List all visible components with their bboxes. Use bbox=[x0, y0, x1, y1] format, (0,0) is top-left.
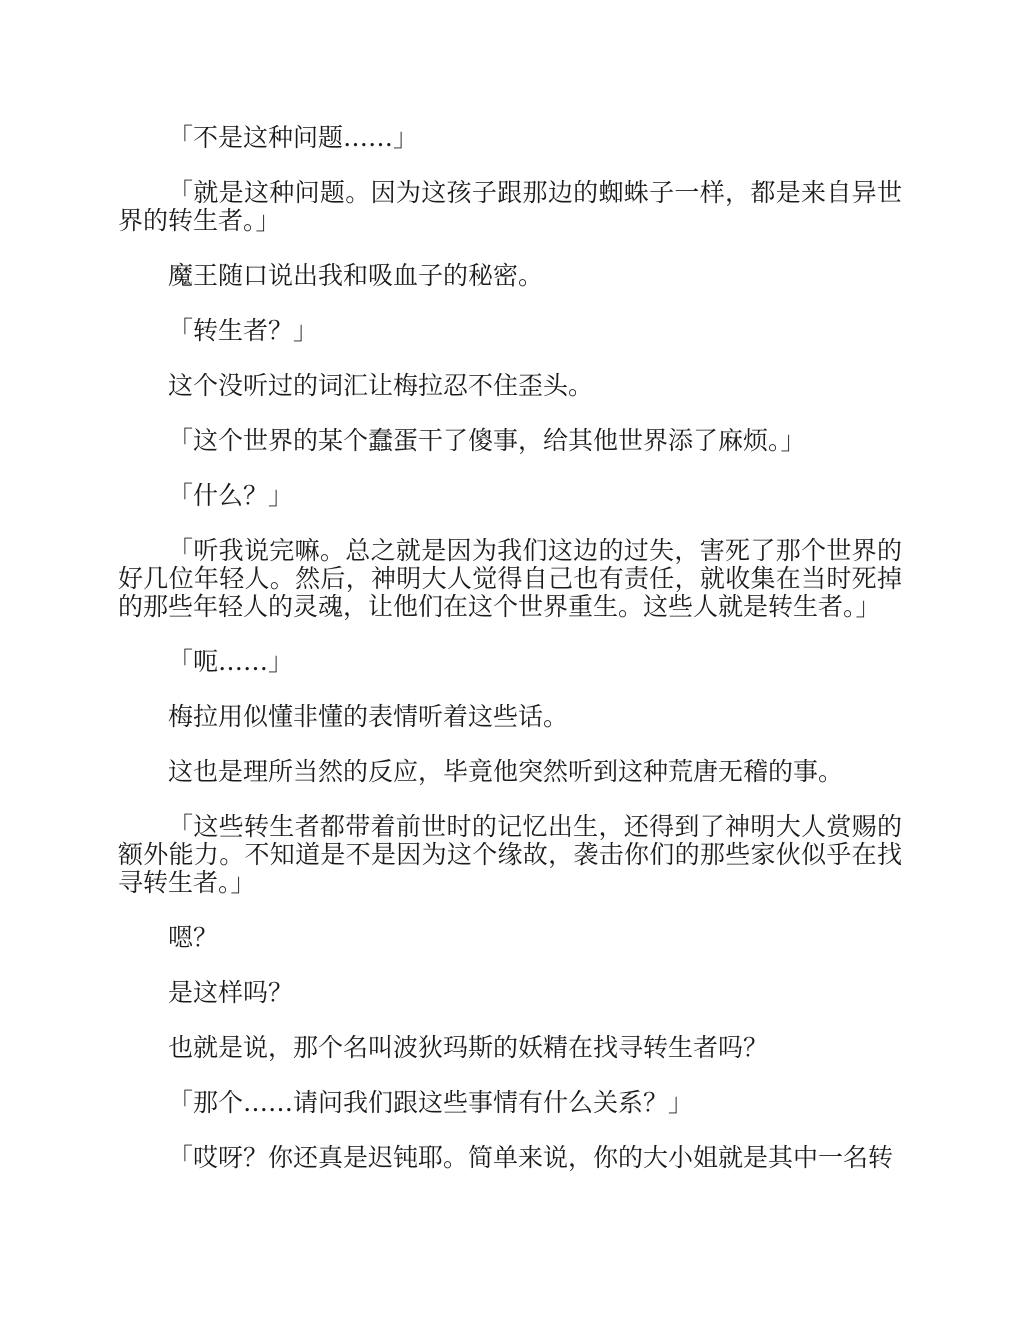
paragraph: 这个没听过的词汇让梅拉忍不住歪头。 bbox=[118, 372, 902, 400]
paragraph: 「这些转生者都带着前世时的记忆出生，还得到了神明大人赏赐的额外能力。不知道是不是… bbox=[118, 813, 902, 897]
paragraph: 「听我说完嘛。总之就是因为我们这边的过失，害死了那个世界的好几位年轻人。然后，神… bbox=[118, 537, 902, 621]
paragraph: 「什么？」 bbox=[118, 482, 902, 510]
paragraph: 「不是这种问题……」 bbox=[118, 124, 902, 152]
paragraph: 「哎呀？你还真是迟钝耶。简单来说，你的大小姐就是其中一名转 bbox=[118, 1144, 902, 1172]
novel-page: 「不是这种问题……」 「就是这种问题。因为这孩子跟那边的蜘蛛子一样，都是来自异世… bbox=[0, 0, 1020, 1320]
paragraph: 也就是说，那个名叫波狄玛斯的妖精在找寻转生者吗？ bbox=[118, 1034, 902, 1062]
paragraph: 是这样吗？ bbox=[118, 979, 902, 1007]
paragraph: 「这个世界的某个蠢蛋干了傻事，给其他世界添了麻烦。」 bbox=[118, 427, 902, 455]
text-column: 「不是这种问题……」 「就是这种问题。因为这孩子跟那边的蜘蛛子一样，都是来自异世… bbox=[118, 124, 902, 1199]
paragraph: 这也是理所当然的反应，毕竟他突然听到这种荒唐无稽的事。 bbox=[118, 758, 902, 786]
paragraph: 梅拉用似懂非懂的表情听着这些话。 bbox=[118, 703, 902, 731]
paragraph: 「那个……请问我们跟这些事情有什么关系？」 bbox=[118, 1089, 902, 1117]
paragraph: 「呃……」 bbox=[118, 648, 902, 676]
paragraph: 「就是这种问题。因为这孩子跟那边的蜘蛛子一样，都是来自异世界的转生者。」 bbox=[118, 179, 902, 235]
paragraph: 魔王随口说出我和吸血子的秘密。 bbox=[118, 262, 902, 290]
paragraph: 「转生者？」 bbox=[118, 317, 902, 345]
paragraph: 嗯？ bbox=[118, 924, 902, 952]
